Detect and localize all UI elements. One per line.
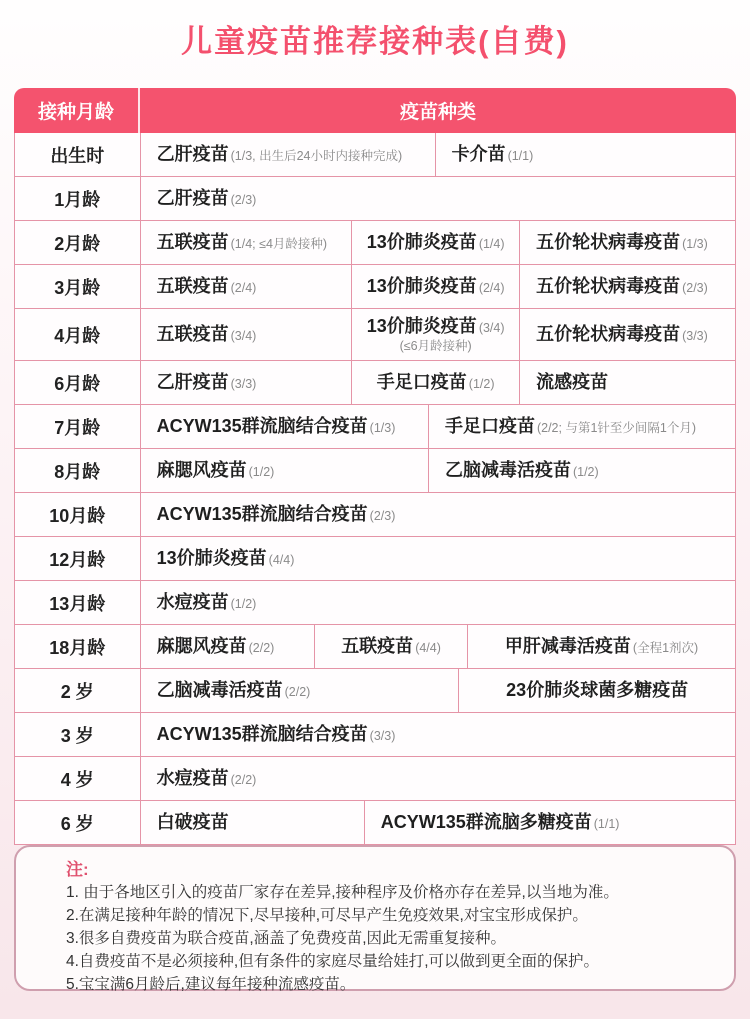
- vaccine-line: 13价肺炎疫苗(4/4): [157, 548, 295, 568]
- vaccine-cell: 手足口疫苗(2/2; 与第1针至少间隔1个月): [429, 405, 735, 448]
- vaccine-dose-note: (1/2): [469, 377, 495, 391]
- vaccine-cell-content: 卡介苗(1/1): [452, 144, 534, 164]
- table-row: 4 岁水痘疫苗(2/2): [15, 757, 735, 801]
- table-row: 8月龄麻腮风疫苗(1/2)乙脑减毒活疫苗(1/2): [15, 449, 735, 493]
- vaccine-line: ACYW135群流脑结合疫苗(2/3): [157, 504, 396, 524]
- vaccine-cell: 水痘疫苗(2/2): [141, 757, 735, 800]
- note-item: 1. 由于各地区引入的疫苗厂家存在差异,接种程序及价格亦存在差异,以当地为准。: [66, 881, 714, 904]
- vaccine-cell-content: 麻腮风疫苗(2/2): [157, 636, 275, 656]
- table-row: 13月龄水痘疫苗(1/2): [15, 581, 735, 625]
- vaccine-name: 乙肝疫苗: [157, 144, 229, 164]
- vaccine-name: 白破疫苗: [157, 812, 229, 832]
- vaccine-line: 五价轮状病毒疫苗(2/3): [536, 276, 708, 296]
- vaccine-line: 乙肝疫苗(2/3): [157, 188, 257, 208]
- vaccine-cell: 13价肺炎疫苗(3/4)(≤6月龄接种): [352, 309, 520, 360]
- vaccine-cell: 手足口疫苗(1/2): [352, 361, 520, 404]
- vaccine-name: 麻腮风疫苗: [157, 460, 247, 480]
- age-cell: 4月龄: [15, 309, 141, 360]
- vaccine-cell: ACYW135群流脑结合疫苗(1/3): [141, 405, 429, 448]
- vaccine-name: 13价肺炎疫苗: [367, 316, 477, 336]
- vaccine-name: 甲肝减毒活疫苗: [505, 636, 631, 656]
- vaccine-cell: 乙肝疫苗(3/3): [141, 361, 353, 404]
- age-cell: 2 岁: [15, 669, 141, 712]
- vaccine-name: 五价轮状病毒疫苗: [536, 232, 680, 252]
- vaccine-name: 13价肺炎疫苗: [367, 232, 477, 252]
- vaccine-name: 手足口疫苗: [445, 416, 535, 436]
- age-cell: 6月龄: [15, 361, 141, 404]
- vaccine-name: 水痘疫苗: [157, 592, 229, 612]
- vaccine-line: 流感疫苗: [536, 372, 608, 392]
- header-vaccine-column: 疫苗种类: [140, 88, 736, 133]
- vaccine-cell-content: 乙肝疫苗(1/3, 出生后24小时内接种完成): [157, 144, 403, 164]
- vaccine-cell-content: ACYW135群流脑结合疫苗(2/3): [157, 504, 396, 524]
- vaccine-dose-note: (2/2): [249, 641, 275, 655]
- vaccine-dose-note: (3/4): [479, 321, 505, 335]
- vaccine-line: 五价轮状病毒疫苗(3/3): [536, 324, 708, 344]
- table-row: 6月龄乙肝疫苗(3/3)手足口疫苗(1/2)流感疫苗: [15, 361, 735, 405]
- vaccine-dose-note: (2/4): [231, 281, 257, 295]
- age-cell: 出生时: [15, 133, 141, 176]
- age-cell: 8月龄: [15, 449, 141, 492]
- note-item: 5.宝宝满6月龄后,建议每年接种流感疫苗。: [66, 973, 714, 996]
- vaccine-dose-note: (4/4): [415, 641, 441, 655]
- age-cell: 3 岁: [15, 713, 141, 756]
- vaccine-line: 麻腮风疫苗(1/2): [157, 460, 275, 480]
- vaccine-line: 水痘疫苗(2/2): [157, 768, 257, 788]
- vaccine-name: 麻腮风疫苗: [157, 636, 247, 656]
- age-cell: 10月龄: [15, 493, 141, 536]
- vaccine-cell-content: 手足口疫苗(2/2; 与第1针至少间隔1个月): [445, 416, 696, 436]
- vaccine-cell-content: 水痘疫苗(1/2): [157, 592, 257, 612]
- vaccine-name: ACYW135群流脑结合疫苗: [157, 504, 368, 524]
- vaccine-line: 13价肺炎疫苗(3/4): [367, 316, 505, 336]
- table-row: 18月龄麻腮风疫苗(2/2)五联疫苗(4/4)甲肝减毒活疫苗(全程1剂次): [15, 625, 735, 669]
- note-item: 2.在满足接种年龄的情况下,尽早接种,可尽早产生免疫效果,对宝宝形成保护。: [66, 904, 714, 927]
- vaccine-cell: ACYW135群流脑多糖疫苗(1/1): [365, 801, 735, 844]
- table-row: 6 岁白破疫苗ACYW135群流脑多糖疫苗(1/1): [15, 801, 735, 845]
- vaccine-dose-note: (1/3): [682, 237, 708, 251]
- vaccine-dose-note: (2/2): [231, 773, 257, 787]
- vaccine-line: ACYW135群流脑多糖疫苗(1/1): [381, 812, 620, 832]
- vaccine-cell: 13价肺炎疫苗(2/4): [352, 265, 520, 308]
- age-cell: 18月龄: [15, 625, 141, 668]
- age-cell: 4 岁: [15, 757, 141, 800]
- vaccine-cell: 卡介苗(1/1): [436, 133, 735, 176]
- vaccine-cell-content: 23价肺炎球菌多糖疫苗: [506, 680, 688, 700]
- vaccine-cell-content: 甲肝减毒活疫苗(全程1剂次): [505, 636, 698, 656]
- vaccine-name: 卡介苗: [452, 144, 506, 164]
- vaccine-dose-note: (1/2): [249, 465, 275, 479]
- vaccine-dose-note: (1/2): [231, 597, 257, 611]
- vaccine-cell: ACYW135群流脑结合疫苗(3/3): [141, 713, 735, 756]
- vaccine-cell-content: 五价轮状病毒疫苗(2/3): [536, 276, 708, 296]
- table-row: 1月龄乙肝疫苗(2/3): [15, 177, 735, 221]
- vaccine-line: 五联疫苗(3/4): [157, 324, 257, 344]
- vaccine-name: 乙脑减毒活疫苗: [157, 680, 283, 700]
- vaccine-line: 五价轮状病毒疫苗(1/3): [536, 232, 708, 252]
- vaccine-name: 五联疫苗: [157, 276, 229, 296]
- vaccine-cell: 13价肺炎疫苗(1/4): [352, 221, 520, 264]
- vaccine-line: 手足口疫苗(2/2; 与第1针至少间隔1个月): [445, 416, 696, 436]
- age-cell: 3月龄: [15, 265, 141, 308]
- vaccine-cell-content: ACYW135群流脑多糖疫苗(1/1): [381, 812, 620, 832]
- vaccine-cell: 五联疫苗(3/4): [141, 309, 353, 360]
- table-row: 7月龄ACYW135群流脑结合疫苗(1/3)手足口疫苗(2/2; 与第1针至少间…: [15, 405, 735, 449]
- vaccine-cell: 五联疫苗(1/4; ≤4月龄接种): [141, 221, 353, 264]
- vaccine-line: 23价肺炎球菌多糖疫苗: [506, 680, 688, 700]
- vaccine-cell: 五联疫苗(2/4): [141, 265, 353, 308]
- vaccine-line: 五联疫苗(1/4; ≤4月龄接种): [157, 232, 327, 252]
- vaccine-dose-note: (3/3): [370, 729, 396, 743]
- table-row: 12月龄13价肺炎疫苗(4/4): [15, 537, 735, 581]
- table-row: 2 岁乙脑减毒活疫苗(2/2)23价肺炎球菌多糖疫苗: [15, 669, 735, 713]
- notes-label: 注:: [66, 859, 714, 881]
- vaccine-cell-content: 乙肝疫苗(3/3): [157, 372, 257, 392]
- table-row: 3月龄五联疫苗(2/4)13价肺炎疫苗(2/4)五价轮状病毒疫苗(2/3): [15, 265, 735, 309]
- vaccine-line: 13价肺炎疫苗(1/4): [367, 232, 505, 252]
- age-cell: 1月龄: [15, 177, 141, 220]
- age-cell: 13月龄: [15, 581, 141, 624]
- vaccine-line: ACYW135群流脑结合疫苗(1/3): [157, 416, 396, 436]
- vaccine-cell-content: 五联疫苗(2/4): [157, 276, 257, 296]
- table-header-row: 接种月龄 疫苗种类: [14, 88, 736, 133]
- page-title: 儿童疫苗推荐接种表(自费): [0, 0, 750, 72]
- vaccine-cell-content: 五联疫苗(3/4): [157, 324, 257, 344]
- vaccine-cell-content: 流感疫苗: [536, 372, 608, 392]
- vaccine-name: 乙肝疫苗: [157, 372, 229, 392]
- vaccine-cell-content: 乙脑减毒活疫苗(2/2): [157, 680, 311, 700]
- vaccine-cell-content: 水痘疫苗(2/2): [157, 768, 257, 788]
- vaccine-cell: 麻腮风疫苗(2/2): [141, 625, 315, 668]
- vaccine-line: 甲肝减毒活疫苗(全程1剂次): [505, 636, 698, 656]
- vaccine-dose-note: (1/2): [573, 465, 599, 479]
- vaccine-table: 接种月龄 疫苗种类 出生时乙肝疫苗(1/3, 出生后24小时内接种完成)卡介苗(…: [14, 88, 736, 845]
- vaccine-name: 流感疫苗: [536, 372, 608, 392]
- vaccine-cell: 白破疫苗: [141, 801, 365, 844]
- vaccine-dose-note: (2/4): [479, 281, 505, 295]
- note-item: 3.很多自费疫苗为联合疫苗,涵盖了免费疫苗,因此无需重复接种。: [66, 927, 714, 950]
- vaccine-name: 手足口疫苗: [377, 372, 467, 392]
- page: 儿童疫苗推荐接种表(自费) 接种月龄 疫苗种类 出生时乙肝疫苗(1/3, 出生后…: [0, 0, 750, 1019]
- vaccine-cell: 水痘疫苗(1/2): [141, 581, 735, 624]
- vaccine-dose-note: (3/3): [682, 329, 708, 343]
- vaccine-cell-content: 13价肺炎疫苗(4/4): [157, 548, 295, 568]
- vaccine-cell: 乙肝疫苗(1/3, 出生后24小时内接种完成): [141, 133, 436, 176]
- vaccine-name: 五价轮状病毒疫苗: [536, 276, 680, 296]
- vaccine-line: 乙脑减毒活疫苗(1/2): [445, 460, 599, 480]
- vaccine-dose-note: (2/3): [370, 509, 396, 523]
- vaccine-cell-content: 13价肺炎疫苗(3/4)(≤6月龄接种): [367, 316, 505, 352]
- notes-box: 注: 1. 由于各地区引入的疫苗厂家存在差异,接种程序及价格亦存在差异,以当地为…: [14, 845, 736, 991]
- vaccine-cell-content: 13价肺炎疫苗(1/4): [367, 232, 505, 252]
- vaccine-cell-content: 麻腮风疫苗(1/2): [157, 460, 275, 480]
- age-cell: 7月龄: [15, 405, 141, 448]
- vaccine-cell: 乙肝疫苗(2/3): [141, 177, 735, 220]
- vaccine-name: ACYW135群流脑多糖疫苗: [381, 812, 592, 832]
- vaccine-dose-note: (2/2): [285, 685, 311, 699]
- vaccine-cell: ACYW135群流脑结合疫苗(2/3): [141, 493, 735, 536]
- vaccine-dose-note: (全程1剂次): [633, 641, 698, 655]
- age-cell: 2月龄: [15, 221, 141, 264]
- table-body: 出生时乙肝疫苗(1/3, 出生后24小时内接种完成)卡介苗(1/1)1月龄乙肝疫…: [14, 133, 736, 845]
- vaccine-name: 乙脑减毒活疫苗: [445, 460, 571, 480]
- vaccine-line: 手足口疫苗(1/2): [377, 372, 495, 392]
- vaccine-line: 乙肝疫苗(1/3, 出生后24小时内接种完成): [157, 144, 403, 164]
- vaccine-name: 23价肺炎球菌多糖疫苗: [506, 680, 688, 700]
- vaccine-dose-note: (2/3): [231, 193, 257, 207]
- vaccine-name: 五价轮状病毒疫苗: [536, 324, 680, 344]
- vaccine-line: ACYW135群流脑结合疫苗(3/3): [157, 724, 396, 744]
- vaccine-cell-content: 五价轮状病毒疫苗(3/3): [536, 324, 708, 344]
- table-row: 出生时乙肝疫苗(1/3, 出生后24小时内接种完成)卡介苗(1/1): [15, 133, 735, 177]
- vaccine-cell: 五价轮状病毒疫苗(2/3): [520, 265, 735, 308]
- vaccine-line: 麻腮风疫苗(2/2): [157, 636, 275, 656]
- vaccine-cell: 乙脑减毒活疫苗(2/2): [141, 669, 460, 712]
- vaccine-age-limit-note: (≤6月龄接种): [400, 339, 472, 353]
- vaccine-line: 水痘疫苗(1/2): [157, 592, 257, 612]
- vaccine-dose-note: (1/3): [370, 421, 396, 435]
- table-row: 10月龄ACYW135群流脑结合疫苗(2/3): [15, 493, 735, 537]
- vaccine-cell: 流感疫苗: [520, 361, 735, 404]
- vaccine-line: 五联疫苗(2/4): [157, 276, 257, 296]
- vaccine-name: 五联疫苗: [157, 324, 229, 344]
- vaccine-line: 乙脑减毒活疫苗(2/2): [157, 680, 311, 700]
- vaccine-cell-content: 五联疫苗(1/4; ≤4月龄接种): [157, 232, 327, 252]
- vaccine-cell-content: 乙肝疫苗(2/3): [157, 188, 257, 208]
- vaccine-cell: 13价肺炎疫苗(4/4): [141, 537, 735, 580]
- vaccine-cell-content: 五价轮状病毒疫苗(1/3): [536, 232, 708, 252]
- vaccine-dose-note: (2/3): [682, 281, 708, 295]
- vaccine-dose-note: (3/4): [231, 329, 257, 343]
- vaccine-cell: 五联疫苗(4/4): [315, 625, 468, 668]
- vaccine-cell-content: 13价肺炎疫苗(2/4): [367, 276, 505, 296]
- vaccine-name: 13价肺炎疫苗: [367, 276, 477, 296]
- vaccine-cell: 甲肝减毒活疫苗(全程1剂次): [468, 625, 735, 668]
- table-row: 3 岁ACYW135群流脑结合疫苗(3/3): [15, 713, 735, 757]
- vaccine-dose-note: (1/1): [594, 817, 620, 831]
- vaccine-dose-note: (4/4): [269, 553, 295, 567]
- vaccine-cell: 23价肺炎球菌多糖疫苗: [459, 669, 735, 712]
- vaccine-line: 五联疫苗(4/4): [341, 636, 441, 656]
- vaccine-dose-note: (1/1): [508, 149, 534, 163]
- vaccine-name: ACYW135群流脑结合疫苗: [157, 416, 368, 436]
- header-age-column: 接种月龄: [14, 88, 140, 133]
- vaccine-dose-note: (1/4; ≤4月龄接种): [231, 237, 327, 251]
- vaccine-cell-content: 手足口疫苗(1/2): [377, 372, 495, 392]
- vaccine-line: 卡介苗(1/1): [452, 144, 534, 164]
- vaccine-name: 五联疫苗: [341, 636, 413, 656]
- vaccine-cell: 乙脑减毒活疫苗(1/2): [429, 449, 735, 492]
- vaccine-dose-note: (2/2; 与第1针至少间隔1个月): [537, 421, 696, 435]
- vaccine-cell-content: 乙脑减毒活疫苗(1/2): [445, 460, 599, 480]
- note-item: 4.自费疫苗不是必须接种,但有条件的家庭尽量给娃打,可以做到更全面的保护。: [66, 950, 714, 973]
- vaccine-cell: 五价轮状病毒疫苗(1/3): [520, 221, 735, 264]
- vaccine-cell: 五价轮状病毒疫苗(3/3): [520, 309, 735, 360]
- age-cell: 6 岁: [15, 801, 141, 844]
- vaccine-line: 白破疫苗: [157, 812, 229, 832]
- vaccine-cell-content: ACYW135群流脑结合疫苗(1/3): [157, 416, 396, 436]
- vaccine-name: ACYW135群流脑结合疫苗: [157, 724, 368, 744]
- vaccine-cell-content: 五联疫苗(4/4): [341, 636, 441, 656]
- vaccine-cell-content: 白破疫苗: [157, 812, 229, 832]
- table-row: 2月龄五联疫苗(1/4; ≤4月龄接种)13价肺炎疫苗(1/4)五价轮状病毒疫苗…: [15, 221, 735, 265]
- vaccine-dose-note: (1/4): [479, 237, 505, 251]
- vaccine-name: 五联疫苗: [157, 232, 229, 252]
- vaccine-name: 13价肺炎疫苗: [157, 548, 267, 568]
- vaccine-cell: 麻腮风疫苗(1/2): [141, 449, 429, 492]
- vaccine-line: 乙肝疫苗(3/3): [157, 372, 257, 392]
- vaccine-name: 水痘疫苗: [157, 768, 229, 788]
- age-cell: 12月龄: [15, 537, 141, 580]
- vaccine-dose-note: (3/3): [231, 377, 257, 391]
- vaccine-cell-content: ACYW135群流脑结合疫苗(3/3): [157, 724, 396, 744]
- vaccine-name: 乙肝疫苗: [157, 188, 229, 208]
- vaccine-line: 13价肺炎疫苗(2/4): [367, 276, 505, 296]
- table-row: 4月龄五联疫苗(3/4)13价肺炎疫苗(3/4)(≤6月龄接种)五价轮状病毒疫苗…: [15, 309, 735, 361]
- notes-list: 1. 由于各地区引入的疫苗厂家存在差异,接种程序及价格亦存在差异,以当地为准。2…: [66, 881, 714, 996]
- vaccine-dose-note: (1/3, 出生后24小时内接种完成): [231, 149, 403, 163]
